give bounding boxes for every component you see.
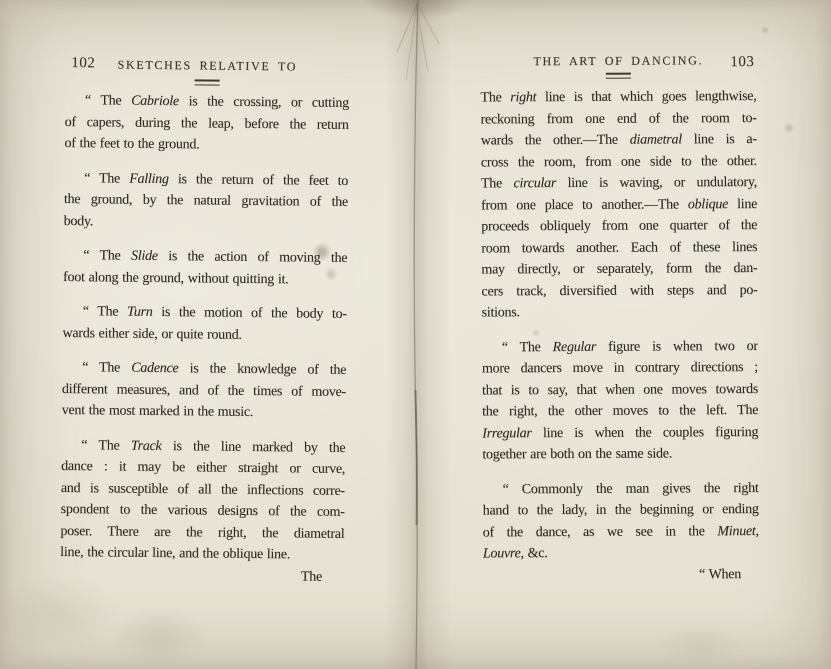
text-line: “ The Cabriole is the crossing, or cutti…: [65, 90, 349, 114]
italic-text: Louvre,: [483, 546, 524, 561]
italic-text: diametral: [630, 132, 682, 147]
text-segment: line is a-: [682, 132, 757, 147]
text-segment: line is waving, or undulatory,: [556, 175, 757, 191]
catchword-right: “ When: [483, 563, 759, 586]
text-segment: different measures, and of the times of …: [62, 381, 346, 399]
text-segment: sitions.: [482, 305, 520, 320]
text-line: “ The Regular figure is when two or: [482, 335, 758, 358]
italic-text: Falling: [129, 171, 169, 186]
text-segment: “ Commonly the man gives the right: [503, 480, 759, 496]
text-line: “ The Slide is the action of moving the: [63, 245, 347, 269]
text-line: Louvre, &c.: [483, 542, 759, 565]
text-segment: cross the room, from one side to the oth…: [481, 153, 757, 169]
text-segment: line is that which goes lengthwise,: [536, 89, 756, 105]
text-segment: is the action of moving the: [158, 249, 348, 266]
right-page: THE ART OF DANCING. 103 The right line i…: [480, 0, 759, 669]
text-segment: line is when the couples figuring: [532, 424, 759, 440]
paragraph: “ The Slide is the action of moving thef…: [63, 245, 347, 291]
text-segment: is the return of the feet to: [169, 172, 349, 189]
text-line: “ The Turn is the motion of the body to-: [63, 301, 347, 325]
paragraph: “ The Falling is the return of the feet …: [64, 167, 349, 234]
paragraph: “ Commonly the man gives the righthand t…: [483, 477, 759, 564]
text-segment: poser. There are the right, the diametra…: [60, 523, 344, 541]
text-line: the right, the other moves to the left. …: [482, 400, 758, 423]
text-segment: may directly, or separately, form the da…: [481, 261, 757, 277]
text-segment: and is susceptible of all the inflection…: [61, 480, 345, 498]
text-line: reckoning from one end of the room to-: [481, 107, 757, 130]
text-segment: the ground, by the natural gravitation o…: [64, 192, 348, 210]
text-line: “ The Cadence is the knowledge of the: [62, 357, 346, 381]
text-segment: room towards another. Each of these line…: [481, 239, 757, 255]
left-page: 102 SKETCHES RELATIVE TO “ The Cabriole …: [59, 0, 350, 669]
text-line: the ground, by the natural gravitation o…: [64, 189, 348, 213]
text-segment: of the feet to the ground.: [64, 136, 199, 152]
text-line: cers track, diversified with steps and p…: [481, 279, 757, 302]
header-rule-left: [195, 79, 220, 85]
text-line: of the dance, as we see in the Minuet,: [483, 520, 759, 543]
text-segment: The: [481, 176, 514, 191]
text-segment: together are both on the same side.: [482, 446, 672, 462]
text-segment: wards the other.—The: [481, 133, 630, 149]
text-segment: reckoning from one end of the room to-: [481, 110, 757, 126]
text-line: room towards another. Each of these line…: [481, 236, 757, 259]
text-segment: proceeds obliquely from one quarter of t…: [481, 218, 757, 234]
running-header-left: SKETCHES RELATIVE TO: [65, 57, 349, 75]
text-segment: The: [480, 90, 510, 105]
header-rule-right: [606, 73, 631, 79]
text-segment: vent the most marked in the music.: [62, 403, 254, 420]
text-segment: of capers, during the leap, before the r…: [65, 114, 349, 132]
text-line: of the feet to the ground.: [64, 133, 348, 157]
italic-text: Regular: [553, 339, 596, 354]
text-line: line, the circular line, and the oblique…: [60, 542, 344, 566]
paragraphs-left: “ The Cabriole is the crossing, or cutti…: [60, 90, 349, 566]
italic-text: right: [510, 90, 536, 105]
italic-text: Cabriole: [131, 94, 179, 109]
text-line: “ The Track is the line marked by the: [61, 434, 345, 458]
text-line: The right line is that which goes length…: [480, 86, 756, 109]
book-spread-photo: 102 SKETCHES RELATIVE TO “ The Cabriole …: [0, 0, 831, 669]
text-line: poser. There are the right, the diametra…: [60, 520, 344, 544]
text-segment: is the line marked by the: [161, 439, 345, 456]
paragraph: “ The Cadence is the knowledge of thedif…: [62, 357, 347, 424]
italic-text: Cadence: [131, 361, 178, 376]
text-line: “ The Falling is the return of the feet …: [64, 167, 348, 191]
text-line: dance : it may be either straight or cur…: [61, 456, 345, 480]
paragraph: The right line is that which goes length…: [480, 86, 757, 324]
text-segment: figure is when two or: [596, 338, 758, 354]
text-segment: “ The: [85, 93, 131, 108]
italic-text: Minuet,: [717, 523, 758, 538]
text-line: body.: [64, 210, 348, 234]
text-line: wards the other.—The diametral line is a…: [481, 129, 757, 152]
text-segment: spondent to the various designs of the c…: [61, 502, 345, 520]
italic-text: Slide: [131, 249, 158, 264]
text-segment: “ The: [83, 304, 127, 319]
paragraph: “ The Cabriole is the crossing, or cutti…: [64, 90, 349, 157]
text-segment: cers track, diversified with steps and p…: [481, 282, 757, 298]
text-segment: the right, the other moves to the left. …: [482, 403, 758, 419]
text-segment: “ The: [81, 438, 131, 454]
text-line: Irregular line is when the couples figur…: [482, 421, 758, 444]
text-segment: is the motion of the body to-: [152, 305, 346, 322]
text-line: of capers, during the leap, before the r…: [65, 111, 349, 135]
text-segment: “ The: [84, 171, 129, 186]
text-line: together are both on the same side.: [482, 443, 758, 466]
paragraph: “ The Regular figure is when two ormore …: [482, 335, 759, 465]
text-segment: line: [728, 196, 757, 211]
text-line: cross the room, from one side to the oth…: [481, 150, 757, 173]
page-number-right: 103: [730, 54, 754, 71]
body-text-left: “ The Cabriole is the crossing, or cutti…: [60, 90, 349, 588]
text-segment: hand to the lady, in the beginning or en…: [483, 502, 759, 518]
text-segment: &c.: [524, 546, 548, 561]
italic-text: circular: [513, 176, 556, 191]
italic-text: oblique: [688, 197, 728, 212]
text-line: vent the most marked in the music.: [62, 400, 346, 424]
text-segment: line, the circular line, and the oblique…: [60, 545, 290, 562]
italic-text: Turn: [127, 305, 153, 320]
text-segment: is the knowledge of the: [178, 361, 346, 378]
text-line: from one place to another.—The oblique l…: [481, 193, 757, 216]
catchword-left: The: [60, 563, 344, 587]
italic-text: Irregular: [482, 426, 531, 441]
text-segment: from one place to another.—The: [481, 197, 688, 213]
paragraph: “ The Track is the line marked by thedan…: [60, 434, 345, 566]
italic-text: Track: [131, 438, 162, 453]
text-segment: is the crossing, or cutting: [179, 94, 349, 111]
text-segment: of the dance, as we see in the: [483, 524, 718, 540]
text-line: “ Commonly the man gives the right: [483, 477, 759, 500]
text-line: that is to say, that when one moves towa…: [482, 378, 758, 401]
text-line: spondent to the various designs of the c…: [61, 499, 345, 523]
text-segment: that is to say, that when one moves towa…: [482, 381, 758, 397]
text-line: hand to the lady, in the beginning or en…: [483, 499, 759, 522]
text-line: wards either side, or quite round.: [62, 322, 346, 346]
text-line: may directly, or separately, form the da…: [481, 258, 757, 281]
paragraphs-right: The right line is that which goes length…: [480, 86, 758, 565]
text-line: sitions.: [482, 301, 758, 324]
text-line: foot along the ground, without quitting …: [63, 266, 347, 290]
text-segment: “ The: [83, 248, 131, 263]
running-header-right: THE ART OF DANCING.: [480, 53, 756, 69]
text-segment: wards either side, or quite round.: [62, 325, 241, 342]
text-line: more dancers move in contrary directions…: [482, 357, 758, 380]
text-line: proceeds obliquely from one quarter of t…: [481, 215, 757, 238]
text-segment: body.: [64, 213, 93, 228]
text-line: The circular line is waving, or undulato…: [481, 172, 757, 195]
text-line: different measures, and of the times of …: [62, 378, 346, 402]
text-line: and is susceptible of all the inflection…: [61, 477, 345, 501]
text-segment: “ The: [502, 340, 553, 355]
paragraph: “ The Turn is the motion of the body to-…: [62, 301, 346, 347]
text-segment: foot along the ground, without quitting …: [63, 269, 289, 286]
text-segment: more dancers move in contrary directions…: [482, 360, 758, 376]
text-segment: “ The: [82, 360, 131, 376]
text-segment: dance : it may be either straight or cur…: [61, 459, 345, 477]
body-text-right: The right line is that which goes length…: [480, 86, 759, 586]
